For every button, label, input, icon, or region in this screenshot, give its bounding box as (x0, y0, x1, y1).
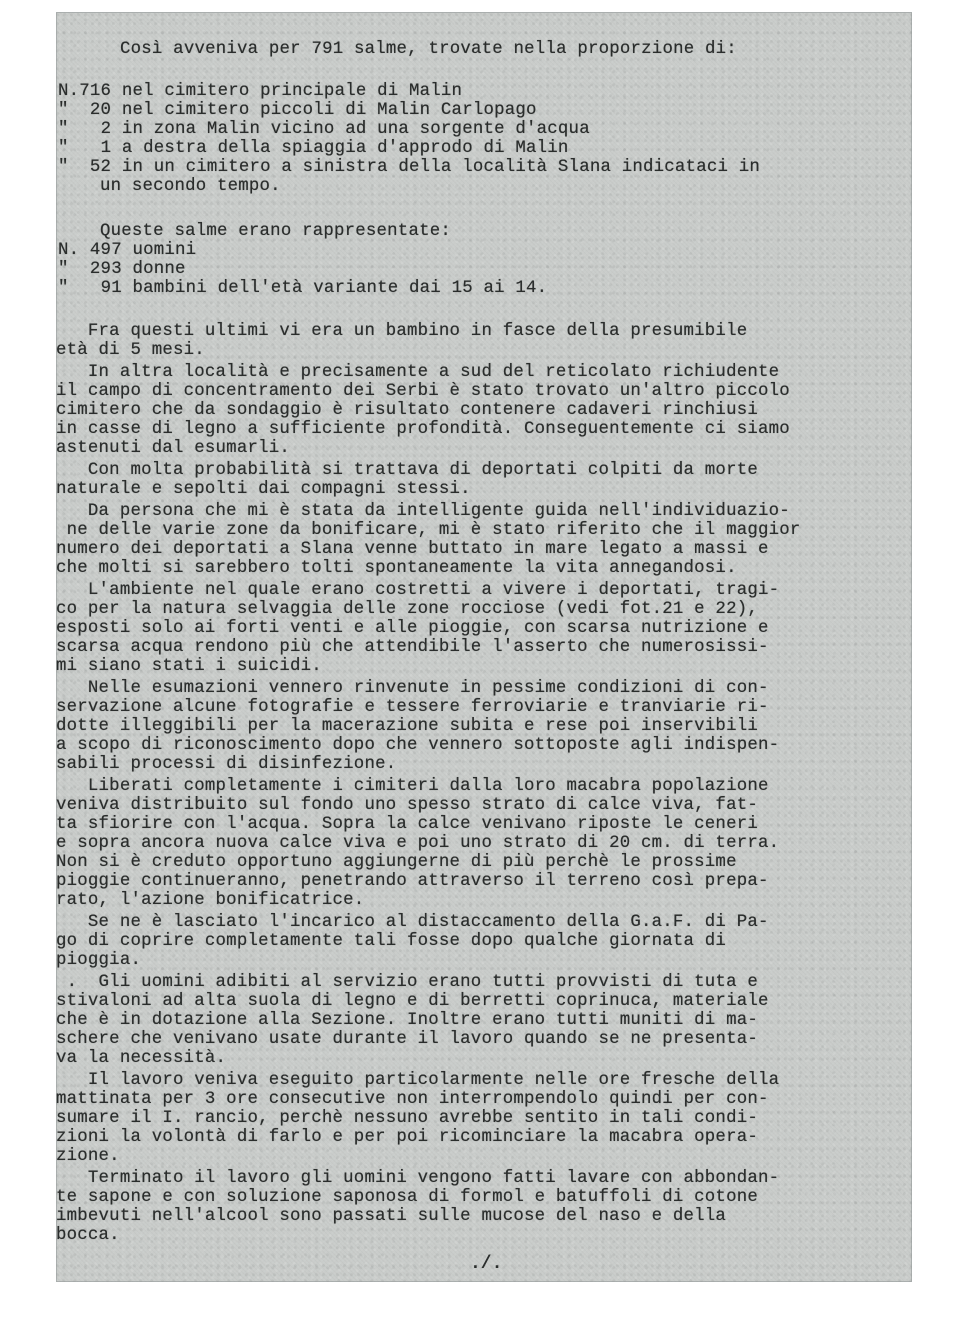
location-item: " 20 nel cimitero piccoli di Malin Carlo… (58, 101, 537, 120)
body-line: Fra questi ultimi vi era un bambino in f… (56, 322, 747, 341)
location-item: N.716 nel cimitero principale di Malin (58, 82, 462, 101)
body-line: . Gli uomini adibiti al servizio erano t… (56, 973, 758, 992)
body-line: rato, l'azione bonificatrice. (56, 891, 364, 910)
body-line: astenuti dal esumarli. (56, 439, 290, 458)
body-line: in casse di legno a sufficiente profondi… (56, 420, 790, 439)
body-line: schere che venivano usate durante il lav… (56, 1030, 758, 1049)
body-line: il campo di concentramento dei Serbi è s… (56, 382, 790, 401)
body-line: che molti si sarebbero tolti spontaneame… (56, 559, 737, 578)
body-line: servazione alcune fotografie e tessere f… (56, 698, 769, 717)
body-line: Con molta probabilità si trattava di dep… (56, 461, 758, 480)
body-line: scarsa acqua rendono più che attendibile… (56, 638, 769, 657)
location-item-continuation: un secondo tempo. (100, 177, 281, 196)
body-line: numero dei deportati a Slana venne butta… (56, 540, 769, 559)
composition-item: " 91 bambini dell'età variante dai 15 ai… (58, 279, 547, 298)
body-line: go di coprire completamente tali fosse d… (56, 932, 726, 951)
scanned-typewritten-page: Così avveniva per 791 salme, trovate nel… (56, 12, 912, 1282)
body-line: te sapone e con soluzione saponosa di fo… (56, 1188, 758, 1207)
composition-item: " 293 donne (58, 260, 186, 279)
composition-item: N. 497 uomini (58, 241, 196, 260)
location-item: " 2 in zona Malin vicino ad una sorgente… (58, 120, 590, 139)
body-line: pioggia. (56, 951, 141, 970)
body-line: che è in dotazione alla Sezione. Inoltre… (56, 1011, 758, 1030)
body-line: mattinata per 3 ore consecutive non inte… (56, 1090, 769, 1109)
body-line: esposti solo ai forti venti e alle piogg… (56, 619, 769, 638)
body-line: pioggie continueranno, penetrando attrav… (56, 872, 769, 891)
body-line: In altra località e precisamente a sud d… (56, 363, 779, 382)
body-line: sumare il I. rancio, perchè nessuno avre… (56, 1109, 758, 1128)
body-line: Terminato il lavoro gli uomini vengono f… (56, 1169, 779, 1188)
body-line: Da persona che mi è stata da intelligent… (56, 502, 790, 521)
body-line: a scopo di riconoscimento dopo che venne… (56, 736, 779, 755)
body-line: dotte illeggibili per la macerazione sub… (56, 717, 758, 736)
composition-intro: Queste salme erano rappresentate: (100, 222, 451, 241)
body-line: zione. (56, 1147, 120, 1166)
body-line: sabili processi di disinfezione. (56, 755, 396, 774)
body-line: co per la natura selvaggia delle zone ro… (56, 600, 758, 619)
body-line: ta sfiorire con l'acqua. Sopra la calce … (56, 815, 758, 834)
body-line: Il lavoro veniva eseguito particolarment… (56, 1071, 779, 1090)
body-line: stivaloni ad alta suola di legno e di be… (56, 992, 769, 1011)
body-line: zioni la volontà di farlo e per poi rico… (56, 1128, 758, 1147)
location-item: " 1 a destra della spiaggia d'approdo di… (58, 139, 569, 158)
location-item: " 52 in un cimitero a sinistra della loc… (58, 158, 760, 177)
body-line: Liberati completamente i cimiteri dalla … (56, 777, 769, 796)
body-line: naturale e sepolti dai compagni stessi. (56, 480, 471, 499)
body-line: Se ne è lasciato l'incarico al distaccam… (56, 913, 769, 932)
bleed-through-print (330, 1286, 950, 1316)
body-line: Nelle esumazioni vennero rinvenute in pe… (56, 679, 769, 698)
body-line: ne delle varie zone da bonificare, mi è … (56, 521, 801, 540)
body-line: bocca. (56, 1226, 120, 1245)
body-line: va la necessità. (56, 1049, 226, 1068)
continuation-mark: ./. (470, 1254, 502, 1274)
body-line: L'ambiente nel quale erano costretti a v… (56, 581, 779, 600)
body-line: mi siano stati i suicidi. (56, 657, 322, 676)
body-line: veniva distribuito sul fondo uno spesso … (56, 796, 758, 815)
body-line: Non si è creduto opportuno aggiungerne d… (56, 853, 737, 872)
body-line: imbevuti nell'alcool sono passati sulle … (56, 1207, 726, 1226)
heading-line: Così avveniva per 791 salme, trovate nel… (120, 40, 737, 59)
body-line: cimitero che da sondaggio è risultato co… (56, 401, 758, 420)
body-line: età di 5 mesi. (56, 341, 205, 360)
body-line: e sopra ancora nuova calce viva e poi un… (56, 834, 779, 853)
